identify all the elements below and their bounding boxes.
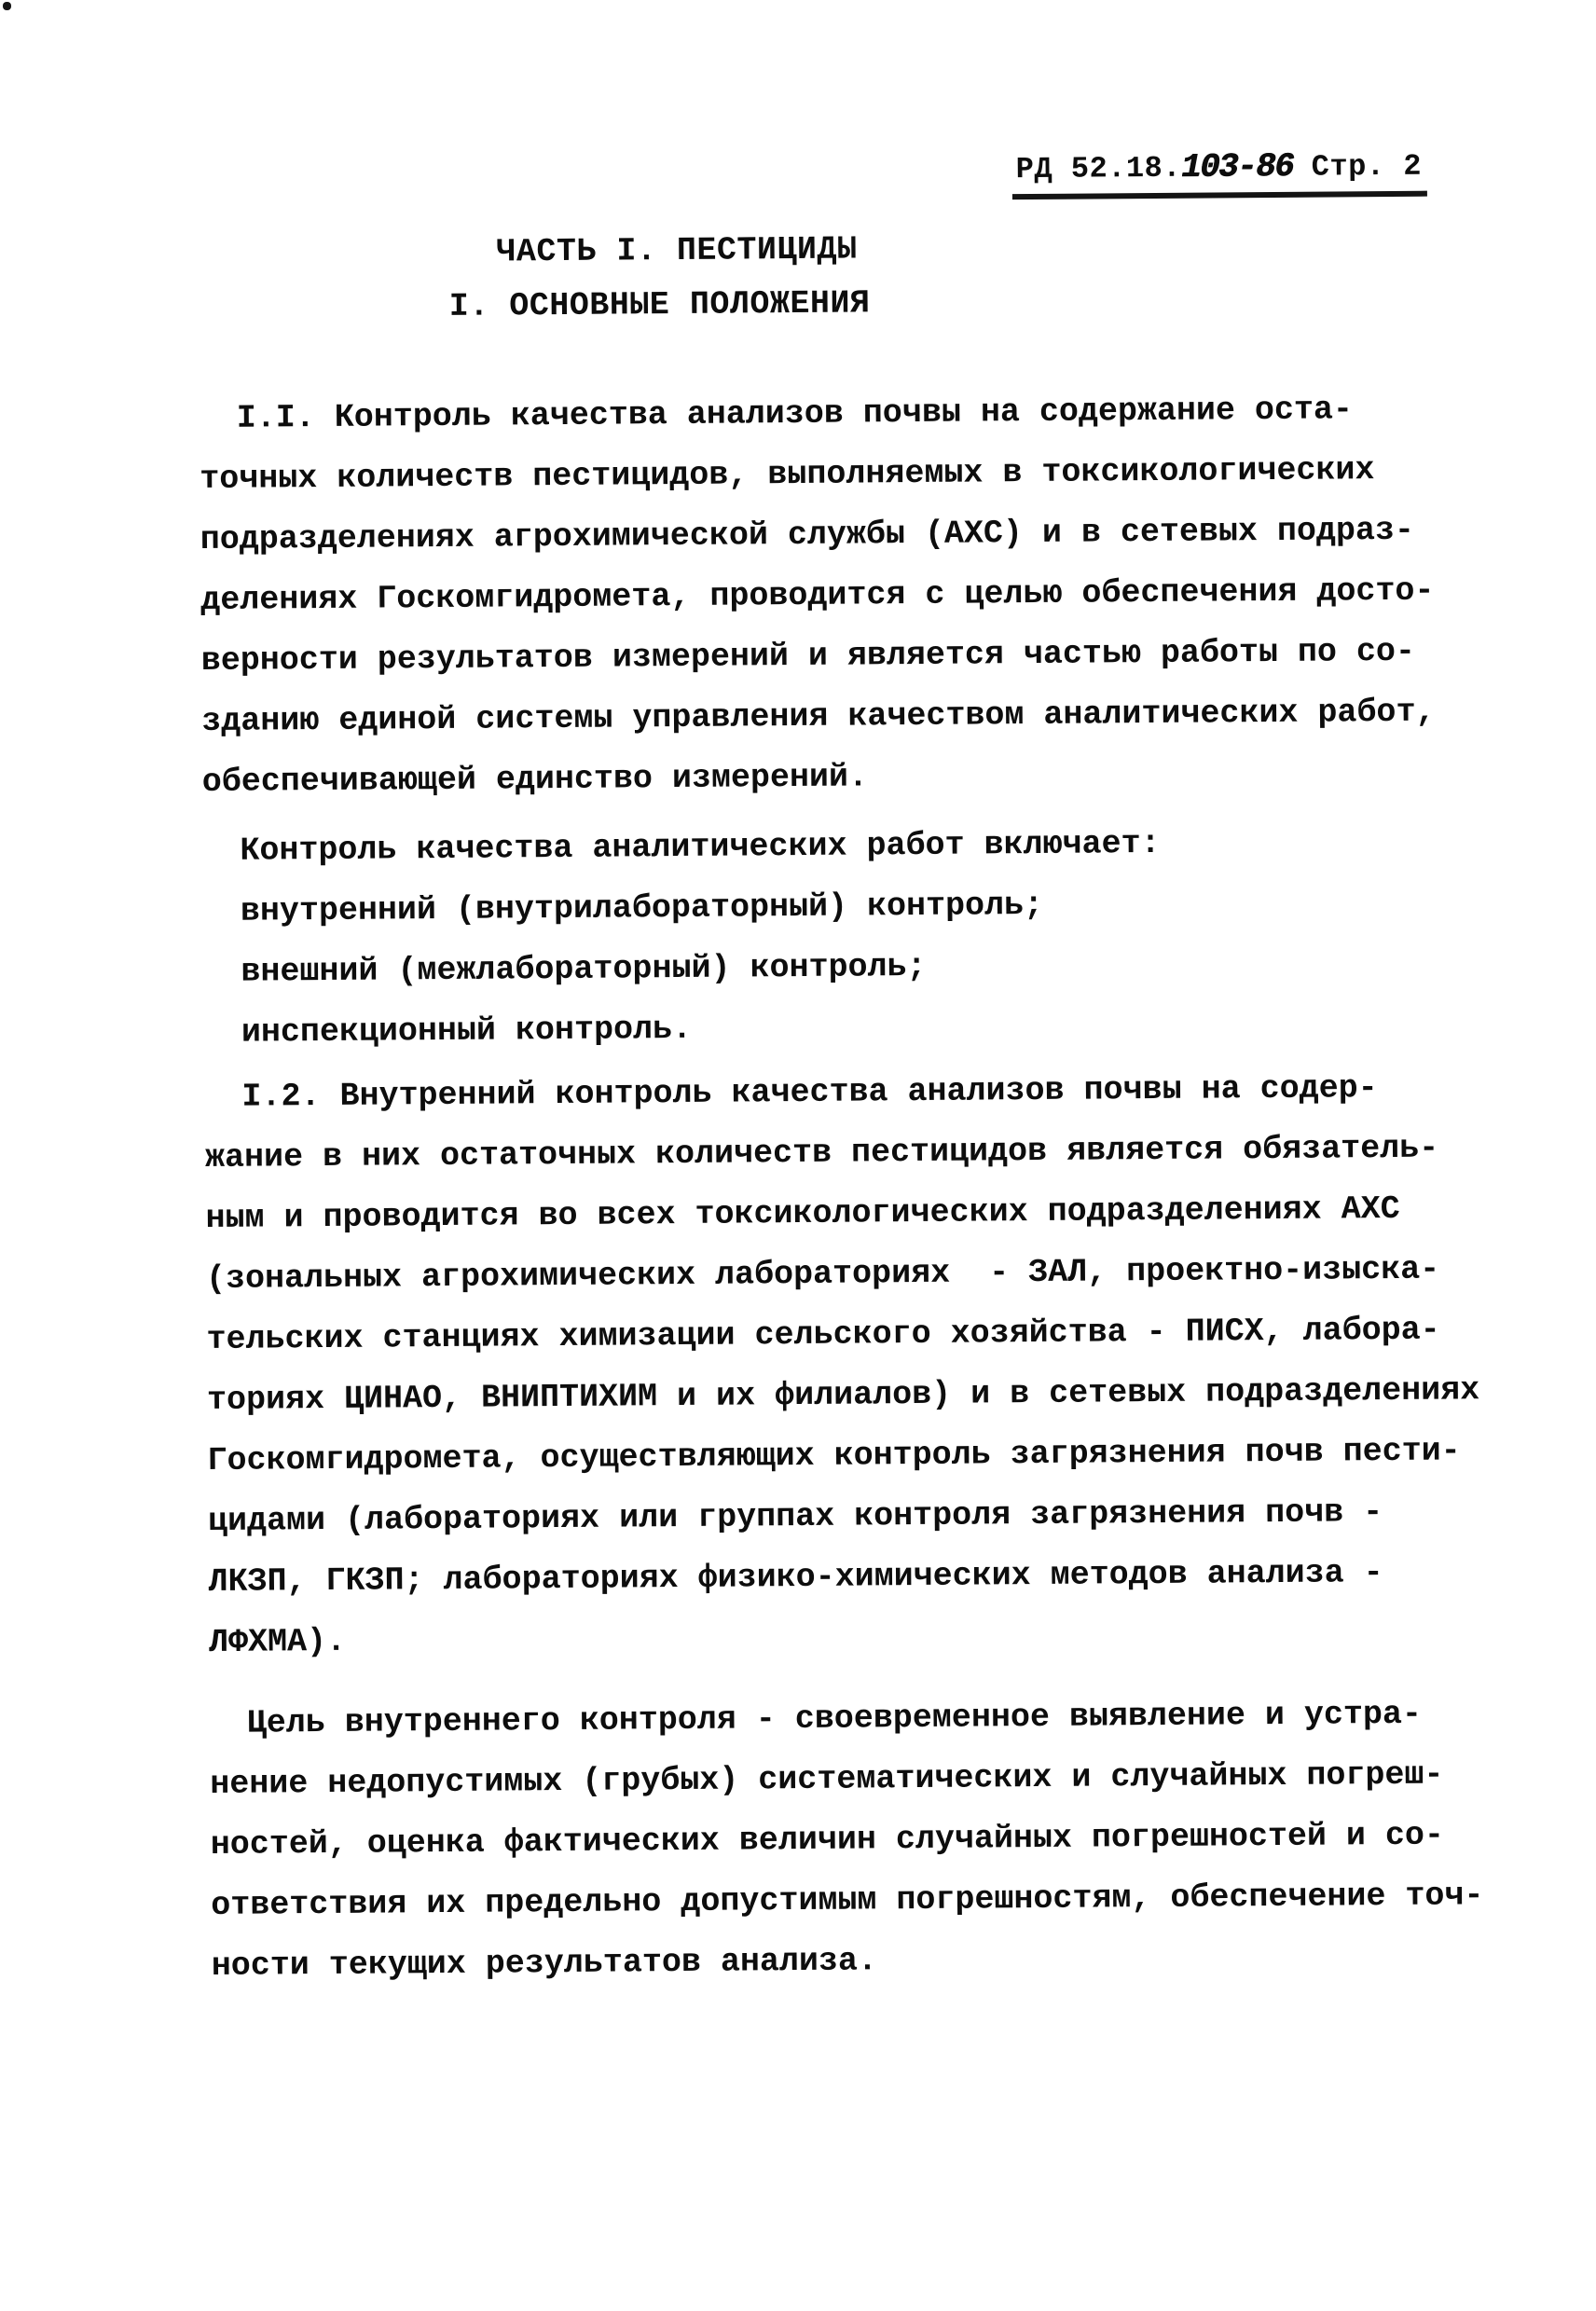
text-line: Цель внутреннего контроля - своевременно…	[210, 1684, 1534, 1754]
paragraph-1-1: I.I. Контроль качества анализов почвы на…	[199, 378, 1527, 813]
typed-content: РД 52.18.103-86 Стр. 2 ЧАСТЬ I. ПЕСТИЦИД…	[0, 0, 1596, 2311]
text-line: ности текущих результатов анализа.	[212, 1926, 1535, 1997]
control-types-list: Контроль качества аналитических работ вк…	[202, 811, 1528, 1064]
text-line: ЛФХМА).	[209, 1603, 1533, 1673]
scanned-document-page: РД 52.18.103-86 Стр. 2 ЧАСТЬ I. ПЕСТИЦИД…	[0, 0, 1596, 2311]
text-line: Госкомгидромета, осуществляющих контроль…	[207, 1421, 1531, 1492]
text-line: I.I. Контроль качества анализов почвы на…	[199, 378, 1523, 449]
text-line: нение недопустимых (грубых) систематичес…	[210, 1744, 1534, 1815]
text-line: жание в них остаточных количеств пестици…	[205, 1118, 1529, 1189]
text-line: делениях Госкомгидромета, проводится с ц…	[200, 560, 1524, 631]
text-line: цидами (лабораториях или группах контрол…	[208, 1481, 1532, 1552]
text-line: инспекционный контроль.	[204, 993, 1528, 1064]
text-line: I.2. Внутренний контроль качества анализ…	[204, 1057, 1528, 1128]
text-line: тельских станциях химизации сельского хо…	[206, 1300, 1530, 1370]
text-line: внутренний (внутрилабораторный) контроль…	[203, 872, 1527, 942]
text-line: точных количеств пестицидов, выполняемых…	[199, 439, 1523, 510]
text-line: ответствия их предельно допустимым погре…	[211, 1865, 1534, 1936]
document-code-number-handwritten: 103-86	[1181, 147, 1293, 186]
text-line: ЛКЗП, ГКЗП; лабораториях физико-химическ…	[208, 1542, 1532, 1613]
part-title: ЧАСТЬ I. ПЕСТИЦИДЫ	[496, 230, 857, 270]
text-line: (зональных агрохимических лабораториях -…	[206, 1239, 1530, 1310]
section-title: I. ОСНОВНЫЕ ПОЛОЖЕНИЯ	[449, 284, 871, 325]
text-line: обеспечивающей единство измерений.	[202, 742, 1526, 813]
text-line: подразделениях агрохимической службы (АХ…	[200, 500, 1524, 571]
text-line: ным и проводится во всех токсикологическ…	[205, 1178, 1529, 1249]
text-line: внешний (межлабораторный) контроль;	[203, 932, 1527, 1003]
text-line: ностей, оценка фактических величин случа…	[211, 1805, 1534, 1876]
document-header: РД 52.18.103-86 Стр. 2	[1012, 146, 1428, 199]
document-code-prefix: РД 52.18.	[1016, 151, 1182, 186]
text-line: ториях ЦИНАО, ВНИПТИХИМ и их филиалов) и…	[207, 1360, 1531, 1431]
text-line: Контроль качества аналитических работ вк…	[202, 811, 1526, 882]
text-line: верности результатов измерений и являетс…	[201, 621, 1525, 692]
paragraph-internal-control-goal: Цель внутреннего контроля - своевременно…	[210, 1684, 1536, 1997]
text-line: зданию единой системы управления качеств…	[201, 681, 1525, 752]
paragraph-1-2: I.2. Внутренний контроль качества анализ…	[204, 1057, 1533, 1673]
page-number-label: Стр. 2	[1293, 149, 1422, 185]
